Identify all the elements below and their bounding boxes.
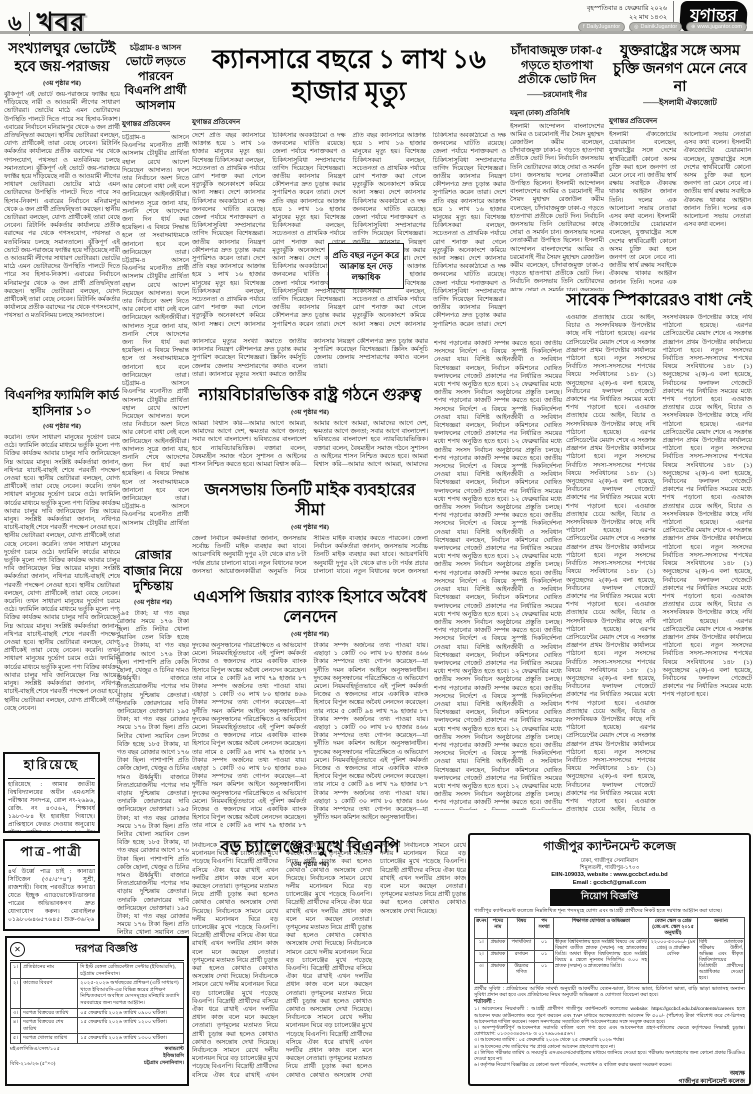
tender-sign-1: কমান্ড্যান্ট	[144, 1046, 184, 1053]
table-row: ৩। দরপত্র বিক্রয়ের তারিখ ০৫ ফেব্রুয়ারি…	[11, 1008, 184, 1018]
job-ad: গাজীপুর ক্যান্টনমেন্ট কলেজ ঢাকা, গাজীপুর…	[468, 833, 751, 1086]
tender-row-value: দি ইস্ট বেঙ্গল রেজিমেন্টাল সেন্টার (ইবিআ…	[78, 963, 184, 979]
tender-row-value: ২০২৫-২০২৬ অর্থবছরের প্রশিক্ষণ (এটি সাধার…	[78, 979, 184, 1008]
body-rozar: ১৯৫ টাকা; যা গত বছর রোজার সময়ে ১৭৬ টাকা…	[117, 610, 189, 940]
body-minority: ঝুঁকিপূর্ণ এই ভোটে জয়-পরাজয়ে ফ্যাক্টর …	[4, 91, 120, 383]
continuation-note: (৩য় পৃষ্ঠার পর)	[192, 629, 428, 640]
table-header-row: ক্র.নং পদের নাম বিষয় পদ সংখ্যা শিক্ষাগত…	[475, 917, 745, 938]
job-condition-6: ৬। কর্তৃপক্ষ নিয়োগ বিজ্ঞপ্তির যে কোনো অ…	[474, 1063, 745, 1069]
tender-size-note: বিবি-২১৬/২৬ (৫"×৩)	[10, 1061, 60, 1068]
tender-row-label: দরপত্র বিক্রয়ের তারিখ	[21, 1008, 78, 1018]
classified-lost: হারিয়েছে হারিয়েছে : আমার জাতীয় বিশ্বব…	[3, 752, 100, 833]
kicker-ctg4: চট্টগ্রাম-৪ আসন	[122, 42, 189, 55]
column-continuation: শপথ পড়ানোর কাজটি সম্পন্ন করতে হবে। জাতী…	[434, 340, 562, 810]
job-col-post: পদের নাম	[488, 917, 508, 938]
tender-row-no: ৩।	[11, 1008, 21, 1018]
tender-title: দরপত্র বিজ্ঞপ্তি	[29, 940, 184, 959]
tender-sign-3: চট্টগ্রাম সেনানিবাস।	[144, 1060, 184, 1067]
table-row: ১। প্রতিষ্ঠানের নাম দি ইস্ট বেঙ্গল রেজিম…	[11, 963, 184, 979]
job-address-2: শিমুলতলী, গাজীপুর-১৭০৩	[474, 865, 745, 872]
article-ctg4: চট্টগ্রাম-৪ আসন ভোটে লড়তে পারবেন বিএনপি…	[122, 42, 189, 526]
body-mic: জেলা নির্বাচন কর্মকর্তারা জানান, জনসভায়…	[192, 535, 428, 583]
attribution-usa: ——ইসলামী ঐক্যজোট	[609, 97, 751, 110]
tender-row-label: দরপত্র খোলার তারিখ	[21, 1034, 78, 1044]
job-benefit: প্রার্থীর সুবিধা : প্রতিষ্ঠানের আর্থিক স…	[474, 986, 745, 999]
date-block: বৃহস্পতিবার ৪ ফেব্রুয়ারি ২০২৬ ২২ মাঘ ১৪…	[587, 1, 674, 22]
job-col-count: পদ সংখ্যা	[535, 917, 554, 938]
byline-hatpakha: যমুনা (ঢাকা) প্রতিনিধি	[510, 107, 570, 121]
facebook-icon: f	[583, 24, 584, 30]
job-row-no: ৩।	[475, 963, 488, 983]
tender-header: ✕ দরপত্র বিজ্ঞপ্তি	[10, 940, 184, 961]
job-row-no: ১।	[475, 938, 488, 950]
date-line-1: বৃহস্পতিবার ৪ ফেব্রুয়ারি ২০২৬	[587, 5, 667, 14]
job-row-count: ০১	[535, 938, 554, 950]
job-row-post: প্রভাষক	[488, 963, 508, 983]
body-bnp-challenge: নির্বাচনকে সামনে রেখে দলীয় মনোনয়ন ঘিরে…	[192, 842, 466, 1082]
job-condition-5: ৫। লিখিত পরীক্ষার তারিখ ও সময়সূচি এসএমএ…	[474, 1051, 745, 1063]
newspaper-page: ৬ খবর বৃহস্পতিবার ৪ ফেব্রুয়ারি ২০২৬ ২২ …	[0, 0, 753, 1094]
body-asp: দুদকের অনুসন্ধানের পরিপ্রেক্ষিতে এ অভিযো…	[192, 642, 428, 832]
job-email[interactable]: Email : gccbcf@gmail.com	[474, 880, 745, 888]
headline-asp: এএসপি জিয়ার ব্যাংক হিসাবে অবৈধ লেনদেন	[192, 587, 428, 627]
headline-mic: জনসভায় তিনটি মাইক ব্যবহারের সীমা	[192, 480, 428, 520]
job-row-no: ২।	[475, 950, 488, 962]
pull-quote-cancer: প্রতি বছর নতুন করে আক্রান্ত হন দেড় লক্ষ…	[328, 243, 404, 289]
headline-speaker: সাবেক স্পিকারেরও বাধা নেই	[566, 290, 752, 310]
masthead-rule	[0, 31, 753, 34]
page-number: ৬	[8, 7, 22, 42]
headline-rozar: রোজার বাজার নিয়ে দুশ্চিন্তায়	[117, 548, 189, 595]
tender-row-no: ৫।	[11, 1034, 21, 1044]
job-row-subject: রসায়ন	[508, 950, 535, 962]
job-col-salary: বেতন স্কেল ও গ্রেড (জে.এস. স্কেল ২০১৫ অন…	[649, 917, 698, 938]
table-row: ২। কাজের বিবরণ ২০২৫-২০২৬ অর্থবছরের প্রশি…	[11, 979, 184, 1008]
job-col-subject: বিষয়	[508, 917, 535, 938]
byline-cancer: যুগান্তর প্রতিবেদন	[192, 116, 240, 130]
middle-left-stack: ক্যানসারে মৃত্যুর সংখ্যা কমাতে জাতীয় ক্…	[192, 338, 428, 872]
tender-row-no: ১।	[11, 963, 21, 979]
job-intro: গাজীপুর ক্যান্টনমেন্ট কলেজে নিম্নলিখিত শ…	[474, 908, 745, 915]
byline-usa: যুগান্তর প্রতিবেদন	[609, 115, 657, 129]
table-row: ৫। দরপত্র খোলার তারিখ ১৫ ফেব্রুয়ারি ২০২…	[11, 1034, 184, 1044]
job-address-1: ঢাকা, গাজীপুর সেনানিবাস	[474, 858, 745, 865]
continuation-note: (৩য় পৃষ্ঠার পর)	[4, 421, 120, 432]
job-condition-1: ১। আবেদনের নিয়মাবলী : আগ্রহী প্রার্থীগণ…	[474, 1007, 745, 1026]
article-usa: যুক্তরাষ্ট্রের সঙ্গে অসম চুক্তি জনগণ মেন…	[609, 42, 751, 289]
tender-row-value: ১৫ ফেব্রুয়ারি ২০২৬ তারিখ ১২০০ ঘটিকা।	[78, 1018, 184, 1034]
headline-ctg4: ভোটে লড়তে পারবেন বিএনপি প্রার্থী আসলাম	[122, 55, 189, 113]
body-pre-justice: ক্যানসারে মৃত্যুর সংখ্যা কমাতে জাতীয় ক্…	[192, 338, 428, 382]
tender-sign-2: ইবিআরসি	[144, 1053, 184, 1060]
job-salary: ২২০০০-৫৩০৬০/- (৯ম গ্রেড) ও প্রারম্ভিক বে…	[649, 938, 698, 983]
lost-body: হারিয়েছে : আমার জাতীয় বিশ্ববিদ্যালয়ের…	[8, 781, 95, 833]
headline-usa: যুক্তরাষ্ট্রের সঙ্গে অসম চুক্তি জনগণ মেন…	[609, 42, 751, 96]
facebook-label: DailyJugantor	[586, 24, 620, 30]
job-row-post: প্রভাষক	[488, 938, 508, 950]
job-row-count: ০১	[535, 950, 554, 962]
article-speaker: সাবেক স্পিকারেরও বাধা নেই এওয়াজ প্রত্যা…	[566, 290, 752, 822]
body-continuation: শপথ পড়ানোর কাজটি সম্পন্ন করতে হবে। জাতী…	[434, 340, 562, 810]
classified-matrimonial: পাত্র-পাত্রী ৪র্থ উর্ধ্বে পাত্র চাই : কা…	[3, 839, 100, 931]
tender-table: ১। প্রতিষ্ঠানের নাম দি ইস্ট বেঙ্গল রেজিম…	[10, 962, 184, 1044]
article-hatpakha: চাঁদাবাজমুক্ত ঢাকা-৫ গড়তে হাতপাখা প্রতী…	[510, 44, 604, 291]
article-rozar: রোজার বাজার নিয়ে দুশ্চিন্তায় (৩য় পৃষ্…	[117, 548, 189, 940]
tender-ref: মইএলসিডিএ/সেল/১০৫	[10, 1046, 60, 1053]
article-minority: সংখ্যালঘুর ভোটেই হবে জয়-পরাজয় (৩য় পৃষ…	[4, 40, 120, 383]
job-eiin-website[interactable]: EIIN-109033, website : www.gccbcf.edu.bd	[474, 872, 745, 880]
tender-row-label: কাজের বিবরণ	[21, 979, 78, 1008]
continuation-note: (৩য় পৃষ্ঠার পর)	[192, 407, 428, 418]
job-col-serial: ক্র.নং	[475, 917, 488, 938]
job-sign-title: অধ্যক্ষ	[474, 1071, 745, 1079]
headline-cancer: ক্যানসারে বছরে ১ লাখ ১৬ হাজার মৃত্যু	[192, 44, 506, 108]
headline-hatpakha: চাঁদাবাজমুক্ত ঢাকা-৫ গড়তে হাতপাখা প্রতী…	[510, 44, 604, 88]
job-condition-2: ২। অসম্পূর্ণ/ত্রুটিপূর্ণ আবেদনপত্র সরাসর…	[474, 1026, 745, 1038]
body-speaker: এওয়াজ প্রত্যাহার চেয়ে আইন, বিচার ও সংস…	[566, 314, 752, 822]
job-row-subject: উচ্চতর গণিত	[508, 963, 535, 983]
masthead: ৬ খবর বৃহস্পতিবার ৪ ফেব্রুয়ারি ২০২৬ ২২ …	[0, 0, 753, 31]
tender-row-no: ২।	[11, 979, 21, 1008]
tender-footer: মইএলসিডিএ/সেল/১০৫ বিবি-২১৬/২৬ (৫"×৩) কমা…	[10, 1046, 184, 1068]
tender-row-value: ০৫ ফেব্রুয়ারি ২০২৬ তারিখ ০৯০০ ঘটিকা।	[78, 1008, 184, 1018]
job-sign-college: গাজীপুর ক্যান্টনমেন্ট কলেজ	[474, 1079, 745, 1086]
job-row-subject: পদার্থবিদ্যা	[508, 938, 535, 950]
headline-family-card: বিএনপির ফ্যামিলি কার্ড হাসিনার ১০	[4, 388, 120, 419]
continuation-note: (৩য় পৃষ্ঠার পর)	[4, 78, 120, 89]
job-qualification: স্বীকৃত বিশ্ববিদ্যালয় হতে সংশ্লিষ্ট বিষ…	[554, 938, 649, 983]
website-label: www.jugantor.com	[697, 24, 742, 30]
headline-justice: ন্যায়বিচারভিত্তিক রাষ্ট্র গঠনে গুরুত্ব	[192, 385, 428, 405]
globe-icon: ⊕	[691, 24, 695, 30]
lost-title: হারিয়েছে	[8, 756, 95, 779]
tender-row-no: ৪।	[11, 1018, 21, 1034]
job-college-name: গাজীপুর ক্যান্টনমেন্ট কলেজ	[474, 838, 745, 858]
attribution-hatpakha: ——চরমোনাই পীর	[510, 89, 604, 102]
instagram-icon: ◎	[634, 24, 638, 30]
job-notice-title: নিয়োগ বিজ্ঞপ্তি	[550, 889, 670, 906]
instagram-label: DainikJugantor	[640, 24, 677, 30]
body-ctg4: চট্টগ্রাম-৪ আসনে বিএনপির মনোনীত প্রার্থী…	[122, 134, 189, 526]
body-family-card: করেনি। তখন সাধারণ মানুষের দুর্ভোগ চরমে ও…	[4, 434, 120, 742]
continuation-note: (৩য় পৃষ্ঠার পর)	[117, 597, 189, 608]
article-family-card: বিএনপির ফ্যামিলি কার্ড হাসিনার ১০ (৩য় প…	[4, 388, 120, 742]
date-line-2: ২২ মাঘ ১৪৩২	[587, 14, 667, 23]
job-table: ক্র.নং পদের নাম বিষয় পদ সংখ্যা শিক্ষাগত…	[474, 917, 745, 984]
continuation-note: (৩য় পৃষ্ঠার পর)	[192, 522, 428, 533]
tender-row-value: ১৫ ফেব্রুয়ারি ২০২৬ তারিখ ১৩০০ ঘটিকা।	[78, 1034, 184, 1044]
byline-ctg4: যুগান্তর প্রতিবেদন	[122, 118, 170, 132]
job-other: বিধি মোতাবেক পরীক্ষায় উত্তীর্ণ, অভিজ্ঞ …	[698, 938, 745, 983]
tender-row-label: দরপত্র বিক্রয়ের শেষ তারিখ	[21, 1018, 78, 1034]
matrimonial-body: ৪র্থ উর্ধ্বে পাত্র চাই : কানাডা সিটিজেন …	[8, 868, 95, 924]
job-row-post: প্রভাষক	[488, 950, 508, 962]
body-justice: আমরা বিশ্বাস করি—আমার আগে আমরা, আমাদের আ…	[192, 420, 428, 476]
headline-minority: সংখ্যালঘুর ভোটেই হবে জয়-পরাজয়	[4, 40, 120, 76]
body-hatpakha: ইসলামী আন্দোলন বাংলাদেশের আমির ও চরমোনাই…	[510, 123, 604, 291]
table-row: ৪। দরপত্র বিক্রয়ের শেষ তারিখ ১৫ ফেব্রুয…	[11, 1018, 184, 1034]
tender-notice: ✕ দরপত্র বিজ্ঞপ্তি ১। প্রতিষ্ঠানের নাম দ…	[5, 936, 189, 1086]
body-cancer: দেশে প্রতি বছর ক্যানসারে আক্রান্ত হয়ে ১…	[192, 132, 506, 330]
job-col-qualification: শিক্ষাগত যোগ্যতা ও অভিজ্ঞতা	[554, 917, 649, 938]
matrimonial-title: পাত্র-পাত্রী	[8, 843, 95, 866]
table-row: ১। প্রভাষক পদার্থবিদ্যা ০১ স্বীকৃত বিশ্ব…	[475, 938, 745, 950]
tender-crest-icon: ✕	[10, 942, 25, 957]
body-usa: ইসলামী ঐক্যজোটের চেয়ারম্যান বলেছেন, যুক…	[609, 131, 751, 289]
job-col-other: অন্যান্য	[698, 917, 745, 938]
article-bnp-challenge-body: নির্বাচনকে সামনে রেখে দলীয় মনোনয়ন ঘিরে…	[192, 842, 466, 1082]
tender-row-label: প্রতিষ্ঠানের নাম	[21, 963, 78, 979]
job-row-count: ০১	[535, 963, 554, 983]
